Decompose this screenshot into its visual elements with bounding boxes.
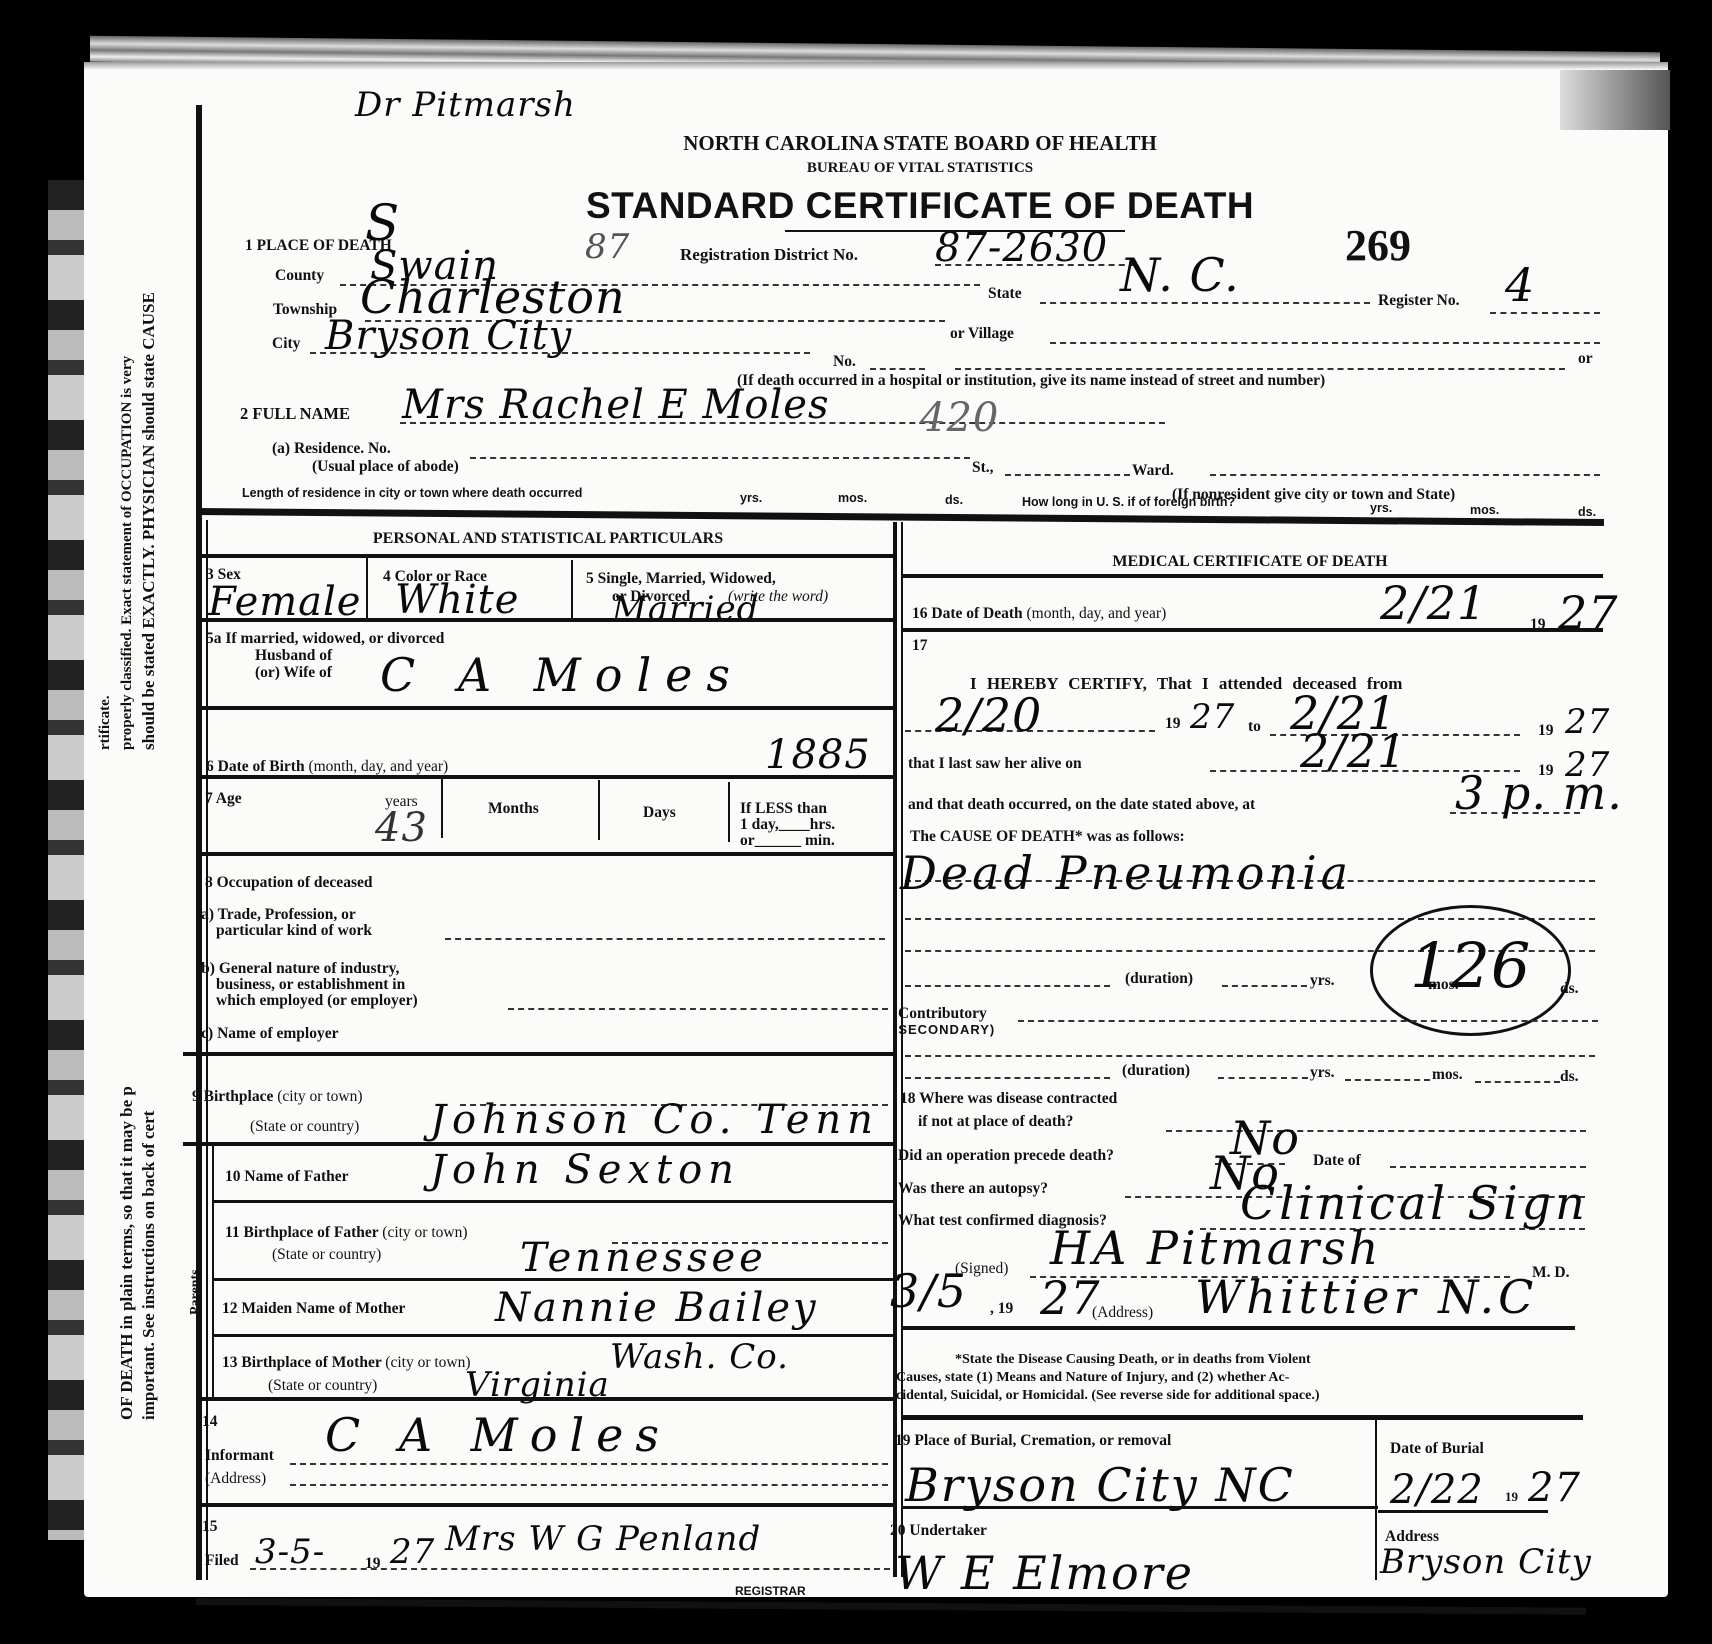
footnote-line-1: *State the Disease Causing Death, or in … (955, 1352, 1311, 1367)
death-occurred-label: and that death occurred, on the date sta… (908, 796, 1255, 813)
duration2-mos-label: mos. (1432, 1066, 1463, 1083)
operation-label: Did an operation precede death? (898, 1147, 1114, 1164)
attended-from-19: 19 (1165, 715, 1181, 732)
secondary-label: (SECONDARY) (893, 1023, 995, 1037)
city-value: Bryson City (325, 316, 572, 356)
duration2-mos-line (1345, 1079, 1430, 1081)
date-of-label: Date of (1313, 1152, 1361, 1169)
dob-label: 6 Date of Birth (month, day, and year) (206, 758, 448, 775)
birthplace-label: 9 Birthplace (city or town) (192, 1088, 362, 1105)
certificate-number: 269 (1345, 222, 1411, 270)
signed-19: , 19 (990, 1300, 1013, 1317)
agency-name: NORTH CAROLINA STATE BOARD OF HEALTH (600, 132, 1240, 155)
foreign-birth-label: How long in U. S. if of foreign birth? (1022, 496, 1235, 510)
race-value: White (395, 580, 519, 620)
side-instructions-col2: properly classified. Exact statement of … (116, 130, 138, 750)
occupation-c: (c) Name of employer (196, 1025, 338, 1042)
less-than-label-1: If LESS than (740, 800, 827, 817)
side-instruction-line4: OF DEATH in plain terms, so that it may … (117, 1086, 136, 1420)
dob-hint: (month, day, and year) (308, 758, 448, 775)
informant-line (290, 1463, 888, 1465)
mother-birthplace-city: Wash. Co. (610, 1340, 789, 1374)
dod-rule (903, 628, 1603, 632)
burial-top-rule (903, 1415, 1583, 1420)
length-ds-label: ds. (945, 494, 963, 508)
duration-yrs-line (1222, 985, 1307, 987)
mother-label: 12 Maiden Name of Mother (222, 1300, 405, 1317)
birthplace-state-label: (State or country) (250, 1118, 359, 1135)
father-birthplace-hint: (city or town) (382, 1224, 467, 1241)
duration-label: (duration) (1125, 970, 1193, 987)
village-line (1050, 342, 1600, 344)
form-bottom-rule (196, 1598, 1586, 1615)
state-line (1040, 302, 1370, 304)
father-birthplace-value: Tennessee (520, 1238, 767, 1278)
column-divider (893, 522, 897, 1577)
register-no-label: Register No. (1378, 292, 1460, 309)
dod-value: 2/21 (1380, 580, 1487, 626)
contributory-line (1018, 1020, 1598, 1022)
county-code: 87 (585, 230, 630, 264)
occupation-b-line (508, 1008, 888, 1010)
usual-abode-label: (Usual place of abode) (312, 458, 459, 475)
last-saw-value: 2/21 (1300, 728, 1407, 774)
burial-place-value: Bryson City NC (905, 1462, 1295, 1508)
state-label: State (988, 285, 1022, 302)
sex-value: Female (208, 582, 361, 622)
burial-date-rule (1378, 1510, 1548, 1513)
full-name-annotation: 420 (920, 398, 999, 438)
county-value-initial: S (365, 198, 400, 248)
age-years-value: 43 (375, 808, 428, 848)
bureau-name: BUREAU OF VITAL STATISTICS (700, 160, 1140, 177)
less-than-label-2: 1 day,____hrs. (740, 816, 835, 833)
filed-date: 3-5- (255, 1535, 325, 1569)
address-value: Whittier N.C (1195, 1274, 1537, 1320)
filed-number: 15 (202, 1518, 218, 1535)
state-value: N. C. (1120, 252, 1240, 298)
birthplace-label-text: 9 Birthplace (192, 1088, 273, 1105)
foreign-mos-label: mos. (1470, 504, 1499, 518)
dob-label-text: 6 Date of Birth (206, 758, 305, 775)
informant-value: C A Moles (325, 1412, 671, 1458)
side-instruction-line5: important. See instructions on back of c… (139, 1111, 158, 1420)
q18-label-2: if not at place of death? (918, 1113, 1073, 1130)
mother-value: Nannie Bailey (495, 1288, 819, 1328)
full-name-label: 2 FULL NAME (240, 405, 350, 423)
num-17: 17 (912, 637, 928, 654)
sex-race-divider (366, 558, 368, 618)
burial-date-year: 27 (1528, 1468, 1581, 1508)
duration2-lead-line (905, 1077, 1110, 1079)
burial-date-19: 19 (1505, 1490, 1518, 1504)
register-no-value: 4 (1505, 262, 1535, 308)
form-left-border (196, 105, 202, 1580)
row-rule-6 (183, 1142, 893, 1146)
signed-rule (903, 1326, 1575, 1330)
informant-address-label: (Address) (205, 1470, 266, 1487)
personal-header: PERSONAL AND STATISTICAL PARTICULARS (208, 530, 888, 548)
row-rule-10 (196, 1397, 893, 1401)
spouse-label-3: (or) Wife of (255, 664, 332, 681)
signed-date: 3/5 (890, 1268, 967, 1314)
filed-line (250, 1568, 890, 1570)
dod-label: 16 Date of Death (month, day, and year) (912, 605, 1166, 622)
duration2-ds-line (1475, 1081, 1560, 1083)
paper-top-shade (84, 62, 1668, 70)
informant-number: 14 (202, 1413, 218, 1430)
certificate-title: STANDARD CERTIFICATE OF DEATH (540, 186, 1300, 227)
duration2-yrs-line (1218, 1077, 1308, 1079)
no-label: No. (833, 353, 856, 370)
mother-birthplace-label: 13 Birthplace of Mother (city or town) (222, 1354, 471, 1371)
paper-stack-corner (1560, 70, 1670, 130)
dod-hint: (month, day, and year) (1027, 605, 1167, 622)
duration2-ds-label: ds. (1560, 1068, 1579, 1085)
burial-date-value: 2/22 (1390, 1470, 1484, 1510)
attended-from: 2/20 (935, 692, 1042, 738)
race-marital-divider (571, 560, 573, 620)
duration2-label: (duration) (1122, 1062, 1190, 1079)
father-state-label: (State or country) (272, 1246, 381, 1263)
attended-to-year: 27 (1565, 705, 1610, 739)
father-birthplace-label-text: 11 Birthplace of Father (225, 1224, 378, 1241)
father-label: 10 Name of Father (225, 1168, 349, 1185)
residence-st-line (1005, 474, 1130, 476)
filed-19: 19 (365, 1555, 381, 1572)
father-birthplace-label: 11 Birthplace of Father (city or town) (225, 1224, 468, 1241)
parents-bracket (212, 1142, 214, 1397)
age-label: 7 Age (205, 790, 242, 807)
filed-year: 27 (390, 1535, 435, 1569)
q18-label-1: 18 Where was disease contracted (900, 1090, 1117, 1107)
last-saw-label: that I last saw her alive on (908, 755, 1082, 772)
birthplace-value: Johnson Co. Tenn (430, 1100, 879, 1140)
informant-label: Informant (205, 1447, 274, 1464)
cause-label: The CAUSE OF DEATH* was as follows: (910, 828, 1185, 845)
burial-date-label: Date of Burial (1390, 1440, 1484, 1457)
side-instructions-col3: rtificate. (94, 560, 116, 750)
undertaker-value: W E Elmore (895, 1550, 1194, 1596)
signed-value: HA Pitmarsh (1050, 1225, 1381, 1271)
row-rule-9 (212, 1334, 893, 1337)
registration-district-value: 87-2630 (935, 228, 1108, 268)
occupation-a-line (445, 938, 885, 940)
footnote-line-3: cidental, Suicidal, or Homicidal. (See r… (896, 1388, 1319, 1403)
parents-label: Parents (185, 1225, 207, 1315)
length-mos-label: mos. (838, 492, 867, 506)
registrar-label: REGISTRAR (735, 1585, 806, 1598)
burial-place-label: 19 Place of Burial, Cremation, or remova… (895, 1432, 1171, 1449)
autopsy-label: Was there an autopsy? (898, 1180, 1048, 1197)
length-residence-label: Length of residence in city or town wher… (242, 487, 582, 501)
residence-line (470, 457, 970, 459)
residence-ward-label: Ward. (1132, 462, 1174, 479)
side-instructions-col4: OF DEATH in plain terms, so that it may … (116, 1000, 138, 1420)
row-rule-2 (196, 706, 893, 710)
age-divider-1 (441, 778, 443, 838)
side-instructions-col1: should be stated EXACTLY. PHYSICIAN shou… (138, 130, 160, 750)
medical-header: MEDICAL CERTIFICATE OF DEATH (905, 553, 1595, 571)
cause-value: Dead Pneumonia (900, 850, 1352, 896)
foreign-ds-label: ds. (1578, 506, 1596, 520)
attended-to-19: 19 (1538, 722, 1554, 739)
row-rule-7 (212, 1200, 893, 1203)
row-rule-8 (212, 1278, 893, 1281)
death-time: 3 p. m. (1455, 770, 1623, 816)
age-months-label: Months (488, 800, 539, 817)
row-rule-1 (196, 618, 893, 622)
address-label: (Address) (1092, 1304, 1153, 1321)
burial-column-divider (1375, 1420, 1377, 1580)
undertaker-address-value: Bryson City (1380, 1545, 1592, 1579)
side-instruction-line1: should be stated EXACTLY. PHYSICIAN shou… (139, 292, 158, 750)
no-line (870, 368, 925, 370)
residence-ward-line (1210, 474, 1600, 476)
residence-label: (a) Residence. No. (272, 440, 391, 457)
side-instruction-line2: properly classified. Exact statement of … (119, 356, 135, 750)
register-no-line (1490, 312, 1600, 314)
mother-birthplace-hint: (city or town) (385, 1354, 470, 1371)
occupation-label: 8 Occupation of deceased (205, 874, 372, 891)
dod-label-text: 16 Date of Death (912, 605, 1023, 622)
mother-state-label: (State or country) (268, 1377, 377, 1394)
row-rule-11 (196, 1503, 893, 1507)
side-instruction-line3: rtificate. (97, 695, 113, 750)
spouse-value: C A Moles (380, 652, 744, 698)
village-label: or Village (950, 325, 1014, 342)
duration-lead-line (905, 985, 1110, 987)
father-value: John Sexton (430, 1150, 740, 1190)
q18-line (1166, 1130, 1586, 1132)
informant-address-line (290, 1484, 888, 1486)
or-label: or (1578, 350, 1593, 367)
age-divider-3 (728, 782, 730, 842)
age-days-label: Days (643, 804, 676, 821)
full-name-value: Mrs Rachel E Moles (402, 385, 830, 425)
duration2-yrs-label: yrs. (1310, 1064, 1335, 1081)
side-instructions-col5: important. See instructions on back of c… (138, 1000, 160, 1420)
footnote-line-2: Causes, state (1) Means and Nature of In… (896, 1370, 1289, 1385)
street-line (955, 368, 1565, 370)
city-label: City (272, 335, 300, 352)
foreign-yrs-label: yrs. (1370, 502, 1392, 516)
to-label: to (1248, 718, 1261, 735)
medical-header-rule (903, 574, 1603, 578)
row-rule-4 (196, 852, 893, 856)
spouse-label-2: Husband of (255, 647, 332, 664)
occupation-a-1: (a) Trade, Profession, or (196, 906, 356, 923)
margin-note: Dr Pitmarsh (355, 88, 576, 122)
age-divider-2 (598, 780, 600, 840)
mother-birthplace-label-text: 13 Birthplace of Mother (222, 1354, 381, 1371)
birthplace-hint: (city or town) (277, 1088, 362, 1105)
less-than-label-3: or______ min. (740, 832, 835, 849)
row-rule-5 (183, 1052, 893, 1056)
registrar-value: Mrs W G Penland (445, 1522, 761, 1556)
registration-district-label: Registration District No. (680, 246, 858, 265)
dob-value: 1885 (765, 735, 871, 775)
md-label: M. D. (1532, 1264, 1569, 1281)
occupation-b-3: which employed (or employer) (216, 992, 418, 1009)
undertaker-label: 20 Undertaker (890, 1522, 987, 1539)
title-underline (785, 230, 1125, 232)
county-label: County (275, 267, 324, 284)
residence-st-label: St., (972, 459, 994, 476)
spouse-label-1: 5a If married, widowed, or divorced (206, 630, 444, 647)
personal-header-rule (196, 554, 893, 558)
occupation-b-1: (b) General nature of industry, (196, 960, 399, 977)
attended-from-year: 27 (1190, 700, 1235, 734)
burial-mid-rule (903, 1506, 1378, 1509)
row-rule-3 (196, 775, 893, 779)
duration-yrs-label: yrs. (1310, 972, 1335, 989)
length-yrs-label: yrs. (740, 492, 762, 506)
occupation-b-2: business, or establishment in (216, 976, 405, 993)
test-value: Clinical Sign (1240, 1180, 1589, 1226)
date-of-line (1390, 1166, 1586, 1168)
duration-circled-value: 126 (1410, 935, 1531, 997)
filed-label: Filed (205, 1552, 239, 1569)
contributory-line-2 (905, 1055, 1595, 1057)
occupation-a-2: particular kind of work (216, 922, 372, 939)
marital-label-1: 5 Single, Married, Widowed, (586, 570, 776, 587)
contributory-label: Contributory (898, 1005, 987, 1022)
